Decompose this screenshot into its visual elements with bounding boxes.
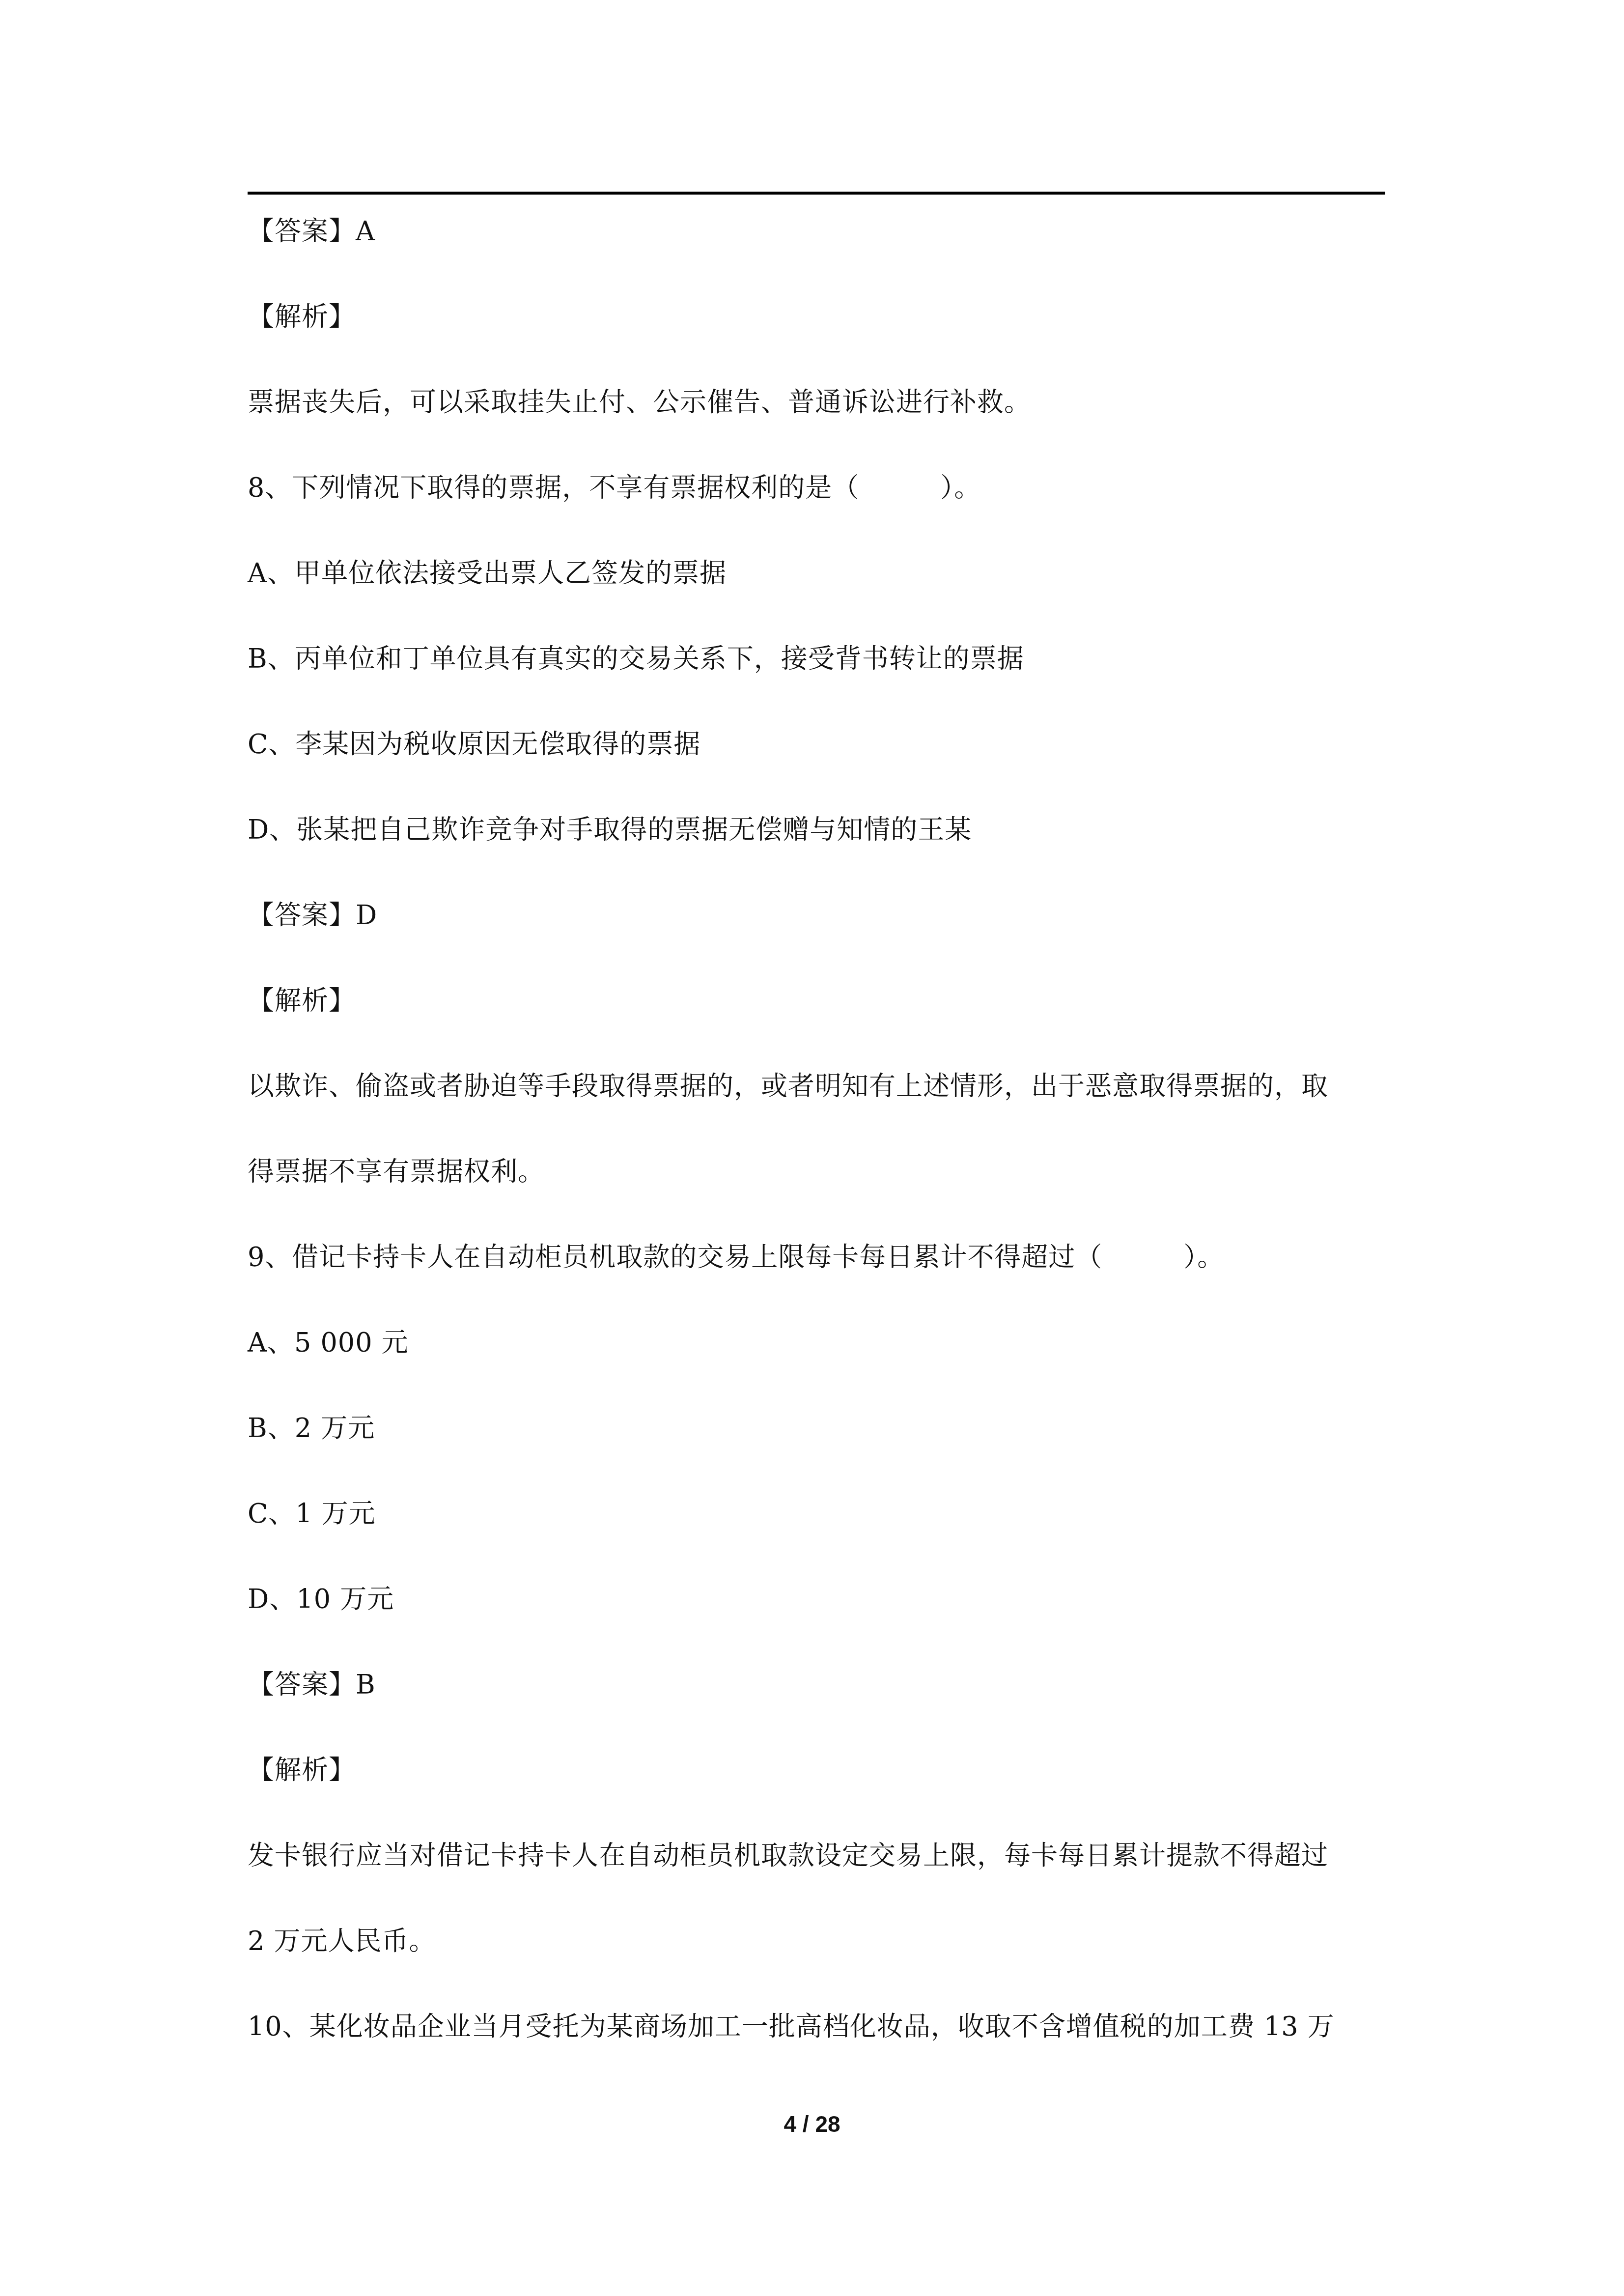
question-9: 9、借记卡持卡人在自动柜员机取款的交易上限每卡每日累计不得超过（ ）。 — [248, 1240, 1224, 1275]
answer-line: 【答案】D — [248, 898, 377, 933]
question-8: 8、下列情况下取得的票据，不享有票据权利的是（ ）。 — [248, 470, 981, 506]
analysis-text: 票据丧失后，可以采取挂失止付、公示催告、普通诉讼进行补救。 — [248, 385, 1031, 420]
answer-line: 【答案】A — [248, 214, 375, 249]
analysis-text: 以欺诈、偷盗或者胁迫等手段取得票据的，或者明知有上述情形，出于恶意取得票据的，取 — [248, 1069, 1328, 1104]
question-8-option-b: B、丙单位和丁单位具有真实的交易关系下，接受背书转让的票据 — [248, 641, 1024, 677]
question-8-option-d: D、张某把自己欺诈竞争对手取得的票据无偿赠与知情的王某 — [248, 812, 972, 848]
analysis-label: 【解析】 — [248, 983, 356, 1019]
analysis-label: 【解析】 — [248, 299, 356, 335]
header-rule — [248, 192, 1385, 195]
question-9-option-d: D、10 万元 — [248, 1582, 394, 1617]
analysis-text: 得票据不享有票据权利。 — [248, 1154, 545, 1190]
analysis-text: 发卡银行应当对借记卡持卡人在自动柜员机取款设定交易上限，每卡每日累计提款不得超过 — [248, 1838, 1328, 1873]
analysis-text: 2 万元人民币。 — [248, 1924, 436, 1959]
page-number: 4 / 28 — [0, 2111, 1624, 2137]
question-9-option-c: C、1 万元 — [248, 1496, 376, 1531]
analysis-label: 【解析】 — [248, 1753, 356, 1788]
question-8-option-a: A、甲单位依法接受出票人乙签发的票据 — [248, 556, 727, 591]
question-10: 10、某化妆品企业当月受托为某商场加工一批高档化妆品，收取不含增值税的加工费 1… — [248, 2009, 1335, 2044]
question-9-option-a: A、5 000 元 — [248, 1325, 409, 1361]
question-9-option-b: B、2 万元 — [248, 1411, 375, 1446]
question-8-option-c: C、李某因为税收原因无偿取得的票据 — [248, 727, 700, 762]
answer-line: 【答案】B — [248, 1667, 376, 1702]
